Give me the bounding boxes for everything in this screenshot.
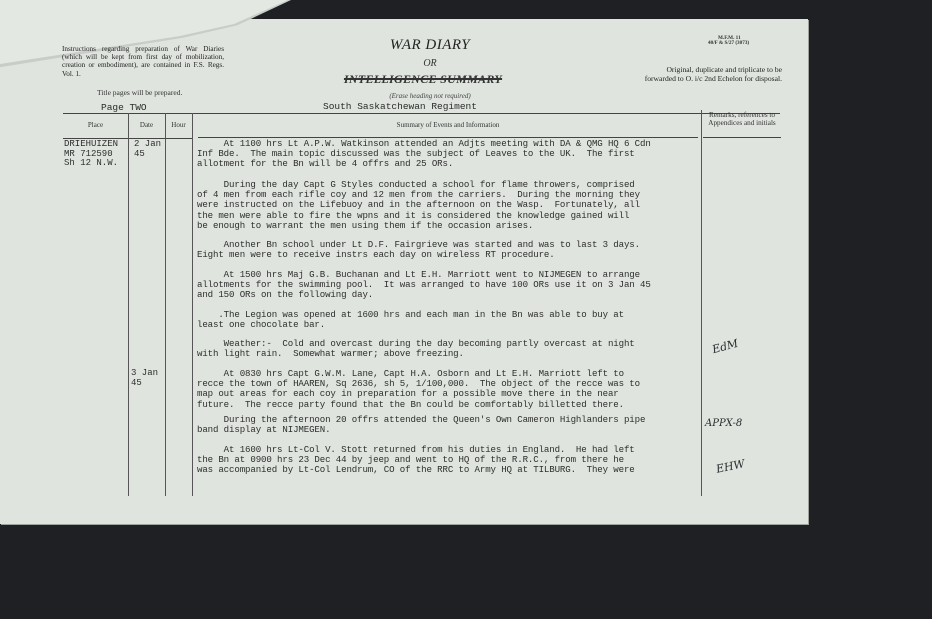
summary-paragraph: At 1500 hrs Maj G.B. Buchanan and Lt E.H…: [197, 270, 705, 301]
summary-paragraph: During the afternoon 20 offrs attended t…: [197, 415, 705, 435]
column-divider-date: [165, 113, 166, 496]
header-place: Place: [63, 121, 128, 129]
header-remarks: Remarks, references to Appendices and in…: [704, 111, 780, 127]
summary-paragraph: .The Legion was opened at 1600 hrs and e…: [197, 310, 705, 330]
distribution-note: Original, duplicate and triplicate to be…: [610, 66, 782, 83]
summary-paragraph: At 0830 hrs Capt G.W.M. Lane, Capt H.A. …: [197, 369, 705, 410]
table-top-rule: [63, 113, 780, 114]
form-number-line2: 40/F & S/27 (3073): [708, 41, 749, 46]
page-number: Page TWO: [101, 102, 147, 113]
heading-or: OR: [370, 58, 490, 69]
column-divider-hour: [192, 113, 193, 496]
erase-note: (Erase heading not required): [360, 92, 500, 100]
summary-paragraph: At 1600 hrs Lt-Col V. Stott returned fro…: [197, 445, 705, 476]
summary-paragraph: During the day Capt G Styles conducted a…: [197, 180, 705, 231]
form-number: M.F.M. 11 40/F & S/27 (3073): [708, 36, 749, 47]
distribution-note-line2: forwarded to O. i/c 2nd Echelon for disp…: [610, 75, 782, 84]
header-rule-hour: [165, 138, 192, 139]
header-date: Date: [128, 121, 165, 129]
place-cell: DRIEHUIZEN MR 712590 Sh 12 N.W.: [64, 140, 118, 169]
instructions-note: Instructions regarding preparation of Wa…: [62, 45, 224, 78]
column-divider-place: [128, 113, 129, 496]
appendix-reference: APPX-8: [705, 418, 742, 429]
heading-war-diary: WAR DIARY: [370, 37, 490, 54]
header-summary: Summary of Events and Information: [198, 121, 698, 129]
header-hour: Hour: [165, 121, 192, 129]
summary-paragraph: At 1100 hrs Lt A.P.W. Watkinson attended…: [197, 139, 705, 170]
heading-intelligence-summary-struck: INTELLIGENCE SUMMARY: [310, 72, 536, 87]
title-pages-note: Title pages will be prepared.: [97, 88, 182, 97]
header-rule-remarks: [703, 137, 781, 138]
summary-paragraph: Weather:- Cold and overcast during the d…: [197, 339, 705, 359]
entry-date: 2 Jan 45: [134, 140, 161, 159]
entry-date: 3 Jan 45: [131, 369, 158, 388]
summary-paragraph: Another Bn school under Lt D.F. Fairgrie…: [197, 240, 705, 260]
unit-name: South Saskatchewan Regiment: [323, 101, 477, 112]
